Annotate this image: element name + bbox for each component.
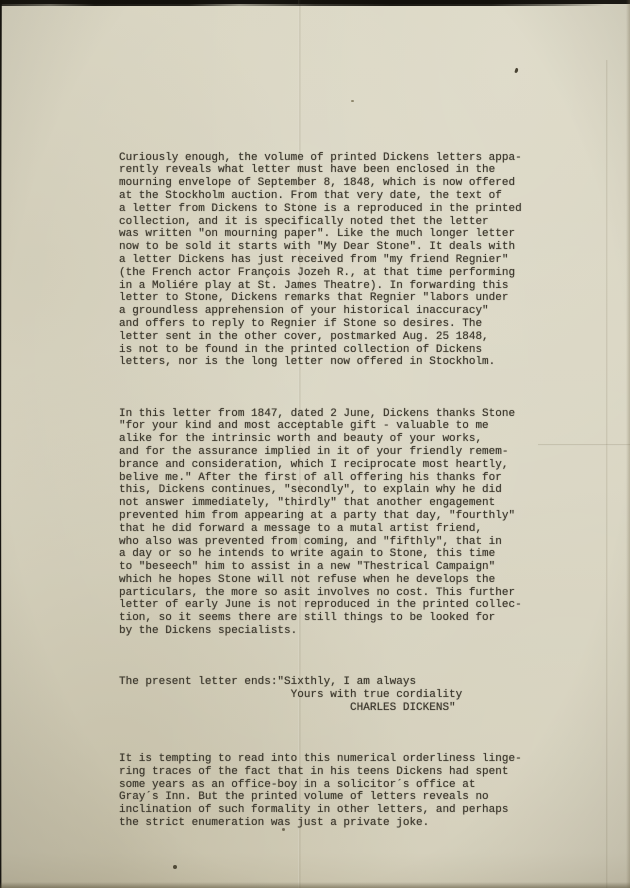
paper-speck bbox=[173, 865, 177, 869]
paragraph-commentary: It is tempting to read into this numeric… bbox=[119, 753, 559, 830]
closing-signature-block: The present letter ends:"Sixthly, I am a… bbox=[119, 676, 559, 714]
scanned-page: Curiously enough, the volume of printed … bbox=[0, 0, 630, 888]
paragraph-1847-letter: In this letter from 1847, dated 2 June, … bbox=[119, 408, 559, 638]
paper-crease-vertical-right bbox=[606, 60, 608, 888]
typed-text-block: Curiously enough, the volume of printed … bbox=[119, 126, 559, 855]
scan-edge-left bbox=[0, 0, 2, 888]
scan-edge-right bbox=[626, 0, 630, 888]
paper-speck bbox=[351, 100, 354, 102]
scan-edge-bottom bbox=[0, 882, 630, 888]
paragraph-auction-letter: Curiously enough, the volume of printed … bbox=[119, 152, 559, 370]
scan-edge-top bbox=[0, 0, 630, 6]
